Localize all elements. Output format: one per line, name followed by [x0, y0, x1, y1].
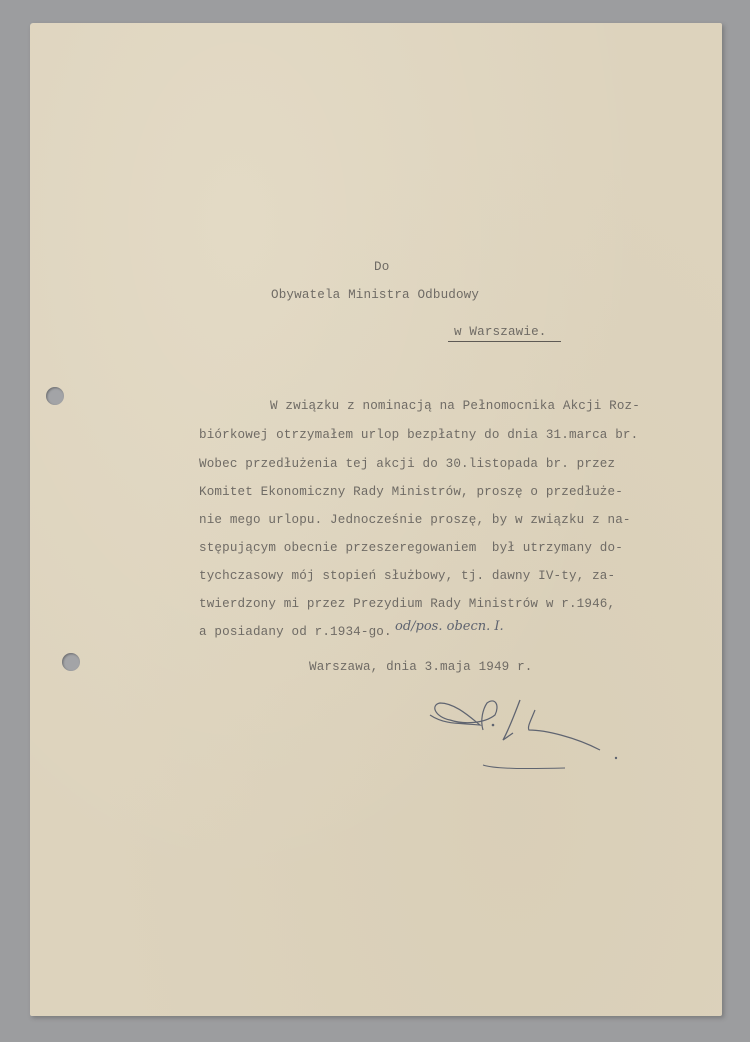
body-line-3: Wobec przedłużenia tej akcji do 30.listo…: [199, 458, 615, 471]
body-line-6: stępującym obecnie przeszeregowaniem był…: [199, 542, 623, 555]
recipient-location: w Warszawie.: [448, 326, 561, 342]
body-line-9: a posiadany od r.1934-go.: [199, 626, 392, 639]
recipient-title: Obywatela Ministra Odbudowy: [271, 289, 479, 302]
body-line-5: nie mego urlopu. Jednocześnie proszę, by…: [199, 514, 631, 527]
date-line: Warszawa, dnia 3.maja 1949 r.: [309, 661, 533, 674]
body-line-2: biórkowej otrzymałem urlop bezpłatny do …: [199, 429, 638, 442]
body-line-8: twierdzony mi przez Prezydium Rady Minis…: [199, 598, 615, 611]
punch-hole-bottom: [62, 653, 80, 671]
punch-hole-top: [46, 387, 64, 405]
handwritten-annotation: od/pos. obecn. I.: [395, 619, 504, 634]
salutation: Do: [374, 261, 389, 274]
body-line-1: W związku z nominacją na Pełnomocnika Ak…: [270, 400, 640, 413]
body-line-7: tychczasowy mój stopień służbowy, tj. da…: [199, 570, 615, 583]
signature-icon: [425, 695, 625, 775]
body-line-4: Komitet Ekonomiczny Rady Ministrów, pros…: [199, 486, 623, 499]
